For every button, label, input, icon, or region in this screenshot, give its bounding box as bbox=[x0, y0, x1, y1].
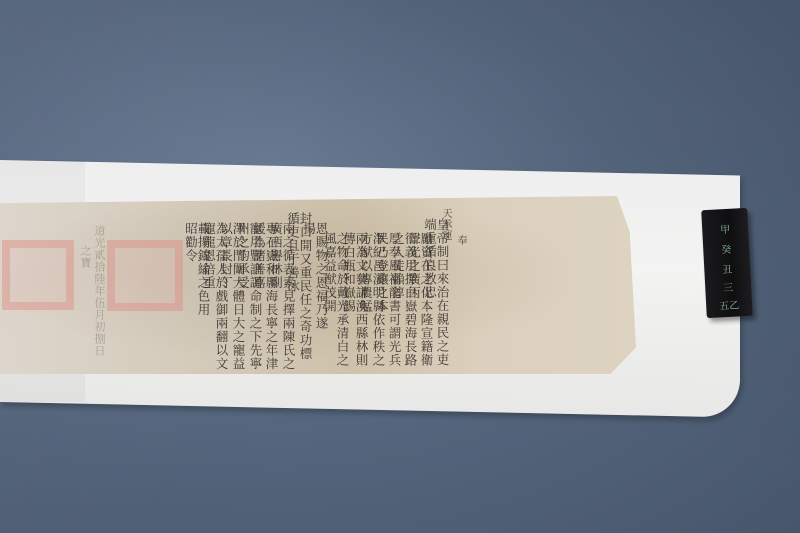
paperweight-glyph: 三 bbox=[705, 278, 752, 295]
seal-text-column: 之寶 bbox=[80, 245, 91, 305]
imperial-seal-stamp bbox=[107, 240, 183, 311]
imperial-seal-stamp bbox=[2, 240, 74, 310]
date-column: 道光貳拾陸年伍月初捌日 bbox=[94, 225, 105, 365]
text-column: 載揚錦綸之色用昭勸令 bbox=[184, 222, 209, 322]
paperweight-glyph: 癸 bbox=[703, 240, 750, 257]
paperweight-glyph: 甲 bbox=[702, 220, 749, 237]
paperweight-glyph: 五乙 bbox=[706, 296, 753, 313]
paperweight-glyph: 丑 bbox=[704, 260, 751, 277]
edict-header-side: 奉 bbox=[455, 235, 465, 255]
paperweight: 甲 癸 丑 三 五乙 bbox=[701, 208, 753, 318]
